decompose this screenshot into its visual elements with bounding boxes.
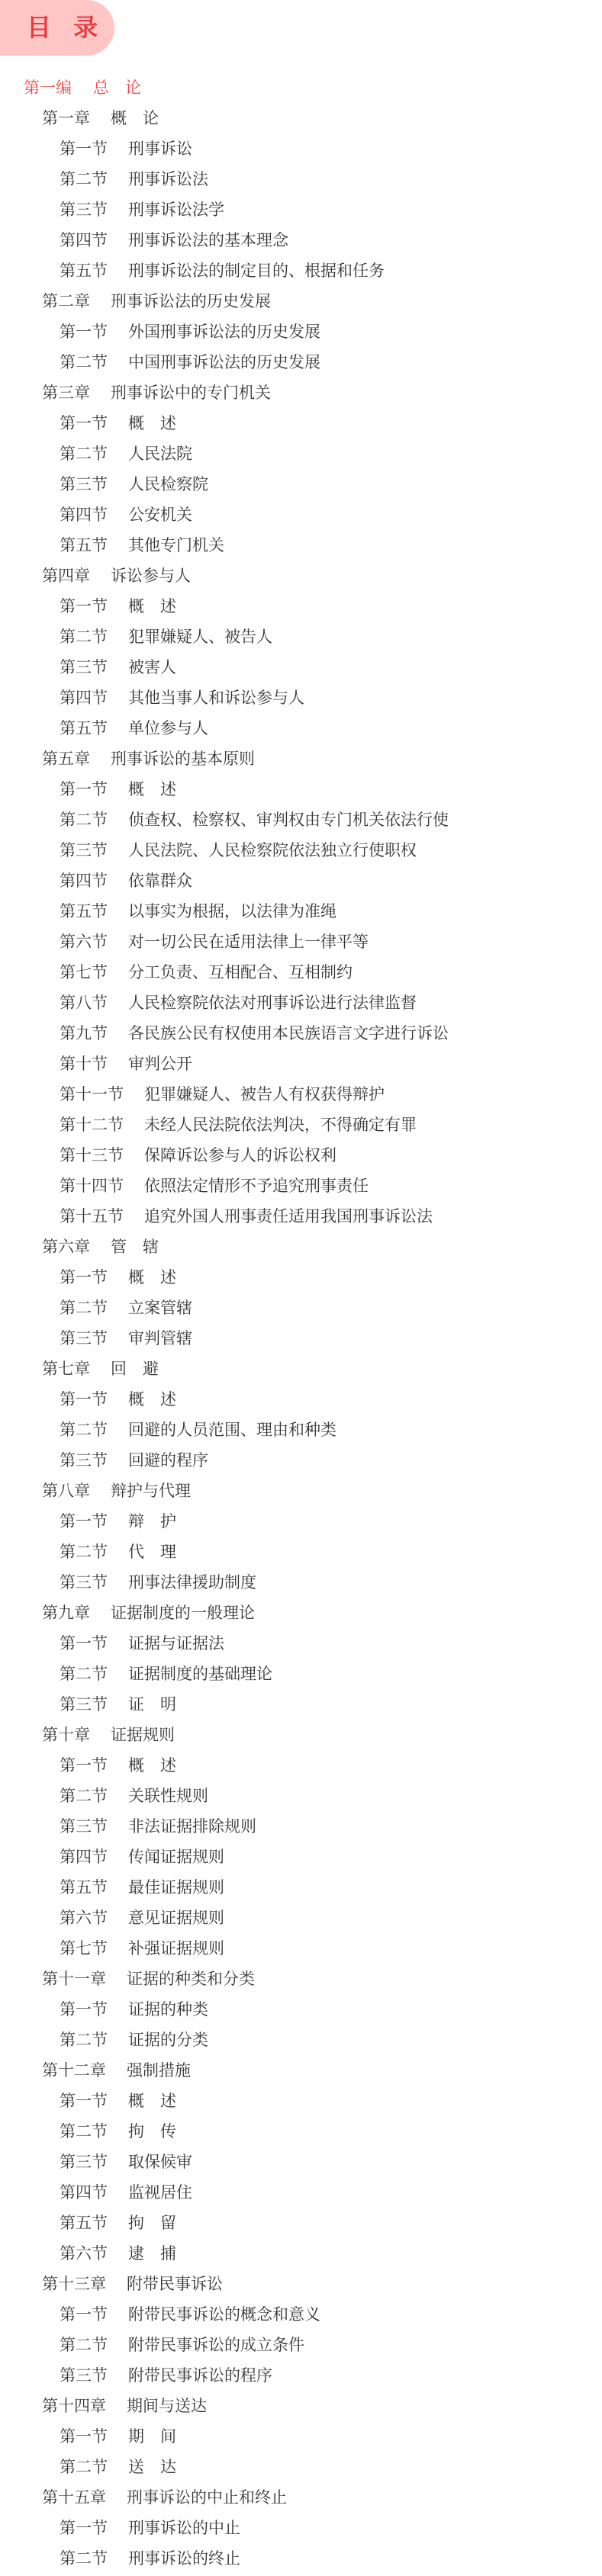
toc-entry-label: 第二节 <box>60 1781 108 1811</box>
toc-entry-title: 单位参与人 <box>128 713 208 744</box>
toc-section-entry[interactable]: 第四节 监视居住 <box>0 2177 602 2208</box>
toc-chapter-entry[interactable]: 第十三章 附带民事诉讼 <box>0 2269 602 2299</box>
toc-entry-label: 第一节 <box>60 1384 108 1415</box>
toc-entry-title: 概 述 <box>128 1262 176 1293</box>
toc-entry-title: 回 避 <box>111 1354 159 1384</box>
toc-entry-label: 第六节 <box>60 927 108 957</box>
toc-entry-title: 证据的种类和分类 <box>127 1964 255 1994</box>
toc-section-entry[interactable]: 第二节 犯罪嫌疑人、被告人 <box>0 622 602 652</box>
toc-entry-title: 刑事诉讼法的历史发展 <box>111 286 271 316</box>
toc-chapter-entry[interactable]: 第十四章 期间与送达 <box>0 2391 602 2421</box>
toc-chapter-entry[interactable]: 第三章 刑事诉讼中的专门机关 <box>0 377 602 408</box>
toc-entry-label: 第三节 <box>60 1689 108 1720</box>
toc-entry-title: 刑事诉讼法 <box>128 164 208 194</box>
toc-entry-label: 第一节 <box>60 774 108 805</box>
toc-entry-label: 第一节 <box>60 1262 108 1293</box>
toc-entry-title: 拘 留 <box>128 2208 176 2238</box>
toc-entry-title: 刑事诉讼的中止和终止 <box>127 2482 287 2513</box>
toc-entry-title: 辩 护 <box>128 1506 176 1537</box>
toc-entry-title: 概 述 <box>128 1384 176 1415</box>
toc-entry-title: 刑事诉讼法的制定目的、根据和任务 <box>128 255 385 286</box>
toc-section-entry[interactable]: 第六节 逮 捕 <box>0 2238 602 2269</box>
toc-section-entry[interactable]: 第十一节 犯罪嫌疑人、被告人有权获得辩护 <box>0 1079 602 1110</box>
toc-entry-label: 第六节 <box>60 2238 108 2269</box>
toc-section-entry[interactable]: 第三节 被害人 <box>0 652 602 683</box>
toc-entry-label: 第四节 <box>60 683 108 713</box>
toc-entry-label: 第三节 <box>60 835 108 866</box>
toc-entry-title: 强制措施 <box>127 2055 191 2086</box>
toc-entry-label: 第三节 <box>60 1567 108 1598</box>
toc-section-entry[interactable]: 第二节 证据制度的基础理论 <box>0 1659 602 1689</box>
toc-entry-label: 第二节 <box>60 2025 108 2055</box>
toc-section-entry[interactable]: 第二节 证据的分类 <box>0 2025 602 2055</box>
toc-section-entry[interactable]: 第十四节 依照法定情形不予追究刑事责任 <box>0 1171 602 1201</box>
toc-section-entry[interactable]: 第一节 附带民事诉讼的概念和意义 <box>0 2299 602 2330</box>
toc-entry-label: 第四节 <box>60 2177 108 2208</box>
toc-entry-title: 人民法院、人民检察院依法独立行使职权 <box>128 835 417 866</box>
toc-entry-label: 第三节 <box>60 2360 108 2391</box>
toc-entry-title: 以事实为根据，以法律为准绳 <box>128 896 336 927</box>
toc-section-entry[interactable]: 第四节 其他当事人和诉讼参与人 <box>0 683 602 713</box>
toc-entry-label: 第一节 <box>60 1628 108 1659</box>
toc-entry-label: 第十一章 <box>42 1964 106 1994</box>
toc-entry-title: 被害人 <box>128 652 176 683</box>
toc-chapter-entry[interactable]: 第八章 辩护与代理 <box>0 1476 602 1506</box>
toc-entry-label: 第十五章 <box>42 2482 106 2513</box>
toc-entry-title: 未经人民法院依法判决，不得确定有罪 <box>144 1110 417 1140</box>
toc-section-entry[interactable]: 第一节 证据的种类 <box>0 1994 602 2025</box>
toc-entry-label: 第六章 <box>42 1232 90 1262</box>
toc-entry-title: 监视居住 <box>128 2177 192 2208</box>
toc-entry-label: 第二节 <box>60 1659 108 1689</box>
toc-section-entry[interactable]: 第二节 立案管辖 <box>0 1293 602 1323</box>
toc-entry-label: 第九节 <box>60 1018 108 1049</box>
toc-section-entry[interactable]: 第十二节 未经人民法院依法判决，不得确定有罪 <box>0 1110 602 1140</box>
toc-entry-title: 概 述 <box>128 2086 176 2116</box>
toc-entry-title: 分工负责、互相配合、互相制约 <box>128 957 353 988</box>
toc-entry-title: 回避的人员范围、理由和种类 <box>128 1415 336 1445</box>
toc-entry-title: 辩护与代理 <box>111 1476 191 1506</box>
toc-section-entry[interactable]: 第十三节 保障诉讼参与人的诉讼权利 <box>0 1140 602 1171</box>
toc-section-entry[interactable]: 第二节 回避的人员范围、理由和种类 <box>0 1415 602 1445</box>
toc-entry-label: 第八章 <box>42 1476 90 1506</box>
toc-entry-title: 刑事法律援助制度 <box>128 1567 256 1598</box>
toc-entry-label: 第五节 <box>60 896 108 927</box>
toc-entry-title: 总 论 <box>93 72 141 103</box>
toc-entry-title: 证据的分类 <box>128 2025 208 2055</box>
toc-section-entry[interactable]: 第七节 分工负责、互相配合、互相制约 <box>0 957 602 988</box>
toc-section-entry[interactable]: 第三节 人民检察院 <box>0 469 602 499</box>
toc-entry-label: 第十节 <box>60 1049 108 1079</box>
toc-entry-label: 第一节 <box>60 408 108 438</box>
toc-entry-label: 第五节 <box>60 2208 108 2238</box>
toc-entry-title: 附带民事诉讼的概念和意义 <box>128 2299 320 2330</box>
toc-entry-label: 第三节 <box>60 469 108 499</box>
toc-entry-label: 第二节 <box>60 1293 108 1323</box>
toc-entry-title: 人民检察院 <box>128 469 208 499</box>
toc-entry-title: 审判公开 <box>128 1049 192 1079</box>
toc-section-entry[interactable]: 第三节 刑事诉讼法学 <box>0 194 602 225</box>
toc-section-entry[interactable]: 第五节 单位参与人 <box>0 713 602 744</box>
toc-entry-title: 刑事诉讼 <box>128 133 192 164</box>
toc-chapter-entry[interactable]: 第十一章 证据的种类和分类 <box>0 1964 602 1994</box>
toc-section-entry[interactable]: 第三节 证 明 <box>0 1689 602 1720</box>
toc-section-entry[interactable]: 第一节 概 述 <box>0 408 602 438</box>
toc-entry-title: 证 明 <box>128 1689 176 1720</box>
toc-section-entry[interactable]: 第一节 概 述 <box>0 1750 602 1781</box>
toc-entry-title: 拘 传 <box>128 2116 176 2147</box>
toc-section-entry[interactable]: 第二节 关联性规则 <box>0 1781 602 1811</box>
toc-entry-title: 证据制度的基础理论 <box>128 1659 272 1689</box>
toc-section-entry[interactable]: 第十节 审判公开 <box>0 1049 602 1079</box>
toc-entry-label: 第二节 <box>60 438 108 469</box>
toc-entry-title: 保障诉讼参与人的诉讼权利 <box>144 1140 336 1171</box>
toc-entry-label: 第一节 <box>60 2513 108 2543</box>
toc-entry-label: 第十四章 <box>42 2391 106 2421</box>
toc-entry-title: 人民检察院依法对刑事诉讼进行法律监督 <box>128 988 417 1018</box>
toc-section-entry[interactable]: 第二节 侦查权、检察权、审判权由专门机关依法行使 <box>0 805 602 835</box>
toc-entry-label: 第二节 <box>60 1415 108 1445</box>
toc-entry-title: 证据制度的一般理论 <box>111 1598 255 1628</box>
toc-section-entry[interactable]: 第九节 各民族公民有权使用本民族语言文字进行诉讼 <box>0 1018 602 1049</box>
toc-entry-label: 第四节 <box>60 225 108 255</box>
toc-section-entry[interactable]: 第三节 回避的程序 <box>0 1445 602 1476</box>
toc-header: 目 录 <box>0 0 114 56</box>
toc-entry-label: 第十五节 <box>60 1201 124 1232</box>
toc-section-entry[interactable]: 第十五节 追究外国人刑事责任适用我国刑事诉讼法 <box>0 1201 602 1232</box>
toc-entry-label: 第一节 <box>60 2421 108 2452</box>
toc-section-entry[interactable]: 第二节 刑事诉讼法 <box>0 164 602 194</box>
toc-entry-title: 关联性规则 <box>128 1781 208 1811</box>
toc-entry-label: 第二节 <box>60 2452 108 2482</box>
toc-entry-label: 第五节 <box>60 1872 108 1903</box>
toc-section-entry[interactable]: 第八节 人民检察院依法对刑事诉讼进行法律监督 <box>0 988 602 1018</box>
toc-entry-title: 诉讼参与人 <box>111 560 191 591</box>
toc-entry-label: 第一节 <box>60 1506 108 1537</box>
toc-entry-label: 第十章 <box>42 1720 90 1750</box>
toc-chapter-entry[interactable]: 第十章 证据规则 <box>0 1720 602 1750</box>
toc-section-entry[interactable]: 第二节 中国刑事诉讼法的历史发展 <box>0 347 602 377</box>
toc-entry-label: 第三节 <box>60 1445 108 1476</box>
toc-entry-label: 第一节 <box>60 1994 108 2025</box>
toc-entry-label: 第一节 <box>60 133 108 164</box>
toc-entry-title: 补强证据规则 <box>128 1933 224 1964</box>
toc-section-entry[interactable]: 第五节 刑事诉讼法的制定目的、根据和任务 <box>0 255 602 286</box>
toc-list: 第一编 总 论 第一章 概 论 第一节 刑事诉讼 第二节 刑事诉讼法 第三节 刑… <box>0 72 602 2574</box>
toc-entry-label: 第二节 <box>60 622 108 652</box>
toc-entry-title: 各民族公民有权使用本民族语言文字进行诉讼 <box>128 1018 449 1049</box>
toc-section-entry[interactable]: 第四节 刑事诉讼法的基本理念 <box>0 225 602 255</box>
toc-chapter-entry[interactable]: 第五章 刑事诉讼的基本原则 <box>0 744 602 774</box>
toc-section-entry[interactable]: 第一节 刑事诉讼的中止 <box>0 2513 602 2543</box>
toc-entry-title: 附带民事诉讼的程序 <box>128 2360 272 2391</box>
toc-entry-label: 第五节 <box>60 255 108 286</box>
toc-entry-title: 中国刑事诉讼法的历史发展 <box>128 347 320 377</box>
toc-section-entry[interactable]: 第四节 依靠群众 <box>0 866 602 896</box>
toc-section-entry[interactable]: 第六节 对一切公民在适用法律上一律平等 <box>0 927 602 957</box>
toc-entry-label: 第十三章 <box>42 2269 106 2299</box>
toc-section-entry[interactable]: 第一节 概 述 <box>0 774 602 805</box>
toc-entry-title: 刑事诉讼法学 <box>128 194 224 225</box>
toc-section-entry[interactable]: 第二节 附带民事诉讼的成立条件 <box>0 2330 602 2360</box>
toc-section-entry[interactable]: 第三节 人民法院、人民检察院依法独立行使职权 <box>0 835 602 866</box>
toc-entry-label: 第二章 <box>42 286 90 316</box>
toc-entry-label: 第二节 <box>60 1537 108 1567</box>
toc-entry-title: 期间与送达 <box>127 2391 207 2421</box>
toc-entry-title: 概 述 <box>128 408 176 438</box>
toc-section-entry[interactable]: 第一节 证据与证据法 <box>0 1628 602 1659</box>
toc-entry-label: 第十二节 <box>60 1110 124 1140</box>
toc-chapter-entry[interactable]: 第一章 概 论 <box>0 103 602 133</box>
toc-section-entry[interactable]: 第一节 概 述 <box>0 591 602 622</box>
toc-chapter-entry[interactable]: 第六章 管 辖 <box>0 1232 602 1262</box>
toc-entry-label: 第五节 <box>60 530 108 560</box>
toc-section-entry[interactable]: 第五节 最佳证据规则 <box>0 1872 602 1903</box>
toc-entry-label: 第四章 <box>42 560 90 591</box>
toc-entry-title: 代 理 <box>128 1537 176 1567</box>
toc-entry-title: 逮 捕 <box>128 2238 176 2269</box>
toc-chapter-entry[interactable]: 第十五章 刑事诉讼的中止和终止 <box>0 2482 602 2513</box>
toc-section-entry[interactable]: 第三节 审判管辖 <box>0 1323 602 1354</box>
toc-section-entry[interactable]: 第五节 其他专门机关 <box>0 530 602 560</box>
toc-section-entry[interactable]: 第二节 人民法院 <box>0 438 602 469</box>
toc-entry-label: 第七节 <box>60 957 108 988</box>
toc-entry-label: 第一节 <box>60 2299 108 2330</box>
toc-section-entry[interactable]: 第一节 辩 护 <box>0 1506 602 1537</box>
toc-entry-title: 审判管辖 <box>128 1323 192 1354</box>
toc-entry-label: 第一节 <box>60 2086 108 2116</box>
toc-entry-label: 第一章 <box>42 103 90 133</box>
toc-entry-label: 第十一节 <box>60 1079 124 1110</box>
toc-entry-title: 概 述 <box>128 1750 176 1781</box>
toc-section-entry[interactable]: 第六节 意见证据规则 <box>0 1903 602 1933</box>
toc-section-entry[interactable]: 第一节 概 述 <box>0 1384 602 1415</box>
toc-entry-title: 期 间 <box>128 2421 176 2452</box>
toc-section-entry[interactable]: 第三节 非法证据排除规则 <box>0 1811 602 1842</box>
toc-section-entry[interactable]: 第三节 附带民事诉讼的程序 <box>0 2360 602 2391</box>
toc-section-entry[interactable]: 第四节 传闻证据规则 <box>0 1842 602 1872</box>
toc-entry-label: 第二节 <box>60 347 108 377</box>
toc-entry-title: 管 辖 <box>111 1232 159 1262</box>
toc-section-entry[interactable]: 第五节 拘 留 <box>0 2208 602 2238</box>
toc-section-entry[interactable]: 第三节 刑事法律援助制度 <box>0 1567 602 1598</box>
toc-entry-label: 第十四节 <box>60 1171 124 1201</box>
toc-entry-title: 公安机关 <box>128 499 192 530</box>
toc-entry-label: 第二节 <box>60 2330 108 2360</box>
toc-entry-label: 第六节 <box>60 1903 108 1933</box>
toc-entry-title: 刑事诉讼法的基本理念 <box>128 225 288 255</box>
toc-entry-title: 侦查权、检察权、审判权由专门机关依法行使 <box>128 805 449 835</box>
toc-entry-title: 刑事诉讼的中止 <box>128 2513 240 2543</box>
toc-entry-title: 送 达 <box>128 2452 176 2482</box>
toc-entry-title: 追究外国人刑事责任适用我国刑事诉讼法 <box>144 1201 433 1232</box>
toc-entry-label: 第四节 <box>60 499 108 530</box>
toc-entry-title: 依靠群众 <box>128 866 192 896</box>
toc-entry-label: 第三节 <box>60 1323 108 1354</box>
toc-title: 目 录 <box>27 0 105 56</box>
toc-part-entry[interactable]: 第一编 总 论 <box>0 72 602 103</box>
toc-entry-title: 附带民事诉讼的成立条件 <box>128 2330 304 2360</box>
toc-entry-title: 回避的程序 <box>128 1445 208 1476</box>
toc-entry-title: 其他当事人和诉讼参与人 <box>128 683 304 713</box>
toc-chapter-entry[interactable]: 第九章 证据制度的一般理论 <box>0 1598 602 1628</box>
toc-entry-title: 证据规则 <box>111 1720 175 1750</box>
toc-section-entry[interactable]: 第三节 取保候审 <box>0 2147 602 2177</box>
toc-entry-title: 犯罪嫌疑人、被告人 <box>128 622 272 652</box>
toc-section-entry[interactable]: 第二节 送 达 <box>0 2452 602 2482</box>
toc-entry-label: 第七节 <box>60 1933 108 1964</box>
toc-entry-label: 第三节 <box>60 194 108 225</box>
toc-section-entry[interactable]: 第一节 外国刑事诉讼法的历史发展 <box>0 316 602 347</box>
toc-entry-title: 取保候审 <box>128 2147 192 2177</box>
toc-entry-title: 证据的种类 <box>128 1994 208 2025</box>
toc-entry-title: 附带民事诉讼 <box>127 2269 223 2299</box>
toc-entry-label: 第三章 <box>42 377 90 408</box>
toc-entry-label: 第二节 <box>60 2116 108 2147</box>
toc-entry-title: 最佳证据规则 <box>128 1872 224 1903</box>
toc-entry-title: 对一切公民在适用法律上一律平等 <box>128 927 369 957</box>
toc-entry-title: 刑事诉讼的终止 <box>128 2543 240 2574</box>
toc-entry-label: 第一编 <box>24 72 72 103</box>
toc-entry-label: 第十三节 <box>60 1140 124 1171</box>
toc-entry-title: 其他专门机关 <box>128 530 224 560</box>
toc-entry-label: 第一节 <box>60 1750 108 1781</box>
toc-entry-label: 第三节 <box>60 652 108 683</box>
toc-entry-label: 第二节 <box>60 805 108 835</box>
toc-chapter-entry[interactable]: 第十二章 强制措施 <box>0 2055 602 2086</box>
toc-entry-title: 概 论 <box>111 103 159 133</box>
toc-entry-title: 意见证据规则 <box>128 1903 224 1933</box>
toc-chapter-entry[interactable]: 第七章 回 避 <box>0 1354 602 1384</box>
toc-entry-title: 刑事诉讼中的专门机关 <box>111 377 271 408</box>
toc-entry-label: 第三节 <box>60 1811 108 1842</box>
toc-section-entry[interactable]: 第七节 补强证据规则 <box>0 1933 602 1964</box>
toc-entry-title: 传闻证据规则 <box>128 1842 224 1872</box>
toc-section-entry[interactable]: 第一节 刑事诉讼 <box>0 133 602 164</box>
toc-entry-label: 第八节 <box>60 988 108 1018</box>
toc-section-entry[interactable]: 第二节 刑事诉讼的终止 <box>0 2543 602 2574</box>
toc-entry-label: 第二节 <box>60 2543 108 2574</box>
toc-entry-title: 非法证据排除规则 <box>128 1811 256 1842</box>
toc-entry-title: 外国刑事诉讼法的历史发展 <box>128 316 320 347</box>
toc-entry-title: 依照法定情形不予追究刑事责任 <box>144 1171 369 1201</box>
toc-entry-title: 证据与证据法 <box>128 1628 224 1659</box>
toc-entry-label: 第四节 <box>60 866 108 896</box>
toc-chapter-entry[interactable]: 第二章 刑事诉讼法的历史发展 <box>0 286 602 316</box>
toc-chapter-entry[interactable]: 第四章 诉讼参与人 <box>0 560 602 591</box>
toc-entry-label: 第十二章 <box>42 2055 106 2086</box>
toc-entry-label: 第二节 <box>60 164 108 194</box>
toc-entry-title: 刑事诉讼的基本原则 <box>111 744 255 774</box>
toc-section-entry[interactable]: 第一节 概 述 <box>0 2086 602 2116</box>
toc-section-entry[interactable]: 第五节 以事实为根据，以法律为准绳 <box>0 896 602 927</box>
toc-section-entry[interactable]: 第二节 拘 传 <box>0 2116 602 2147</box>
toc-entry-title: 概 述 <box>128 591 176 622</box>
toc-entry-title: 人民法院 <box>128 438 192 469</box>
toc-section-entry[interactable]: 第四节 公安机关 <box>0 499 602 530</box>
toc-section-entry[interactable]: 第一节 期 间 <box>0 2421 602 2452</box>
toc-entry-title: 立案管辖 <box>128 1293 192 1323</box>
toc-entry-label: 第四节 <box>60 1842 108 1872</box>
toc-entry-label: 第一节 <box>60 316 108 347</box>
toc-entry-label: 第一节 <box>60 591 108 622</box>
toc-section-entry[interactable]: 第一节 概 述 <box>0 1262 602 1293</box>
toc-entry-label: 第五章 <box>42 744 90 774</box>
toc-entry-label: 第五节 <box>60 713 108 744</box>
toc-entry-label: 第九章 <box>42 1598 90 1628</box>
toc-entry-label: 第七章 <box>42 1354 90 1384</box>
toc-section-entry[interactable]: 第二节 代 理 <box>0 1537 602 1567</box>
toc-entry-title: 犯罪嫌疑人、被告人有权获得辩护 <box>144 1079 385 1110</box>
toc-entry-label: 第三节 <box>60 2147 108 2177</box>
toc-entry-title: 概 述 <box>128 774 176 805</box>
